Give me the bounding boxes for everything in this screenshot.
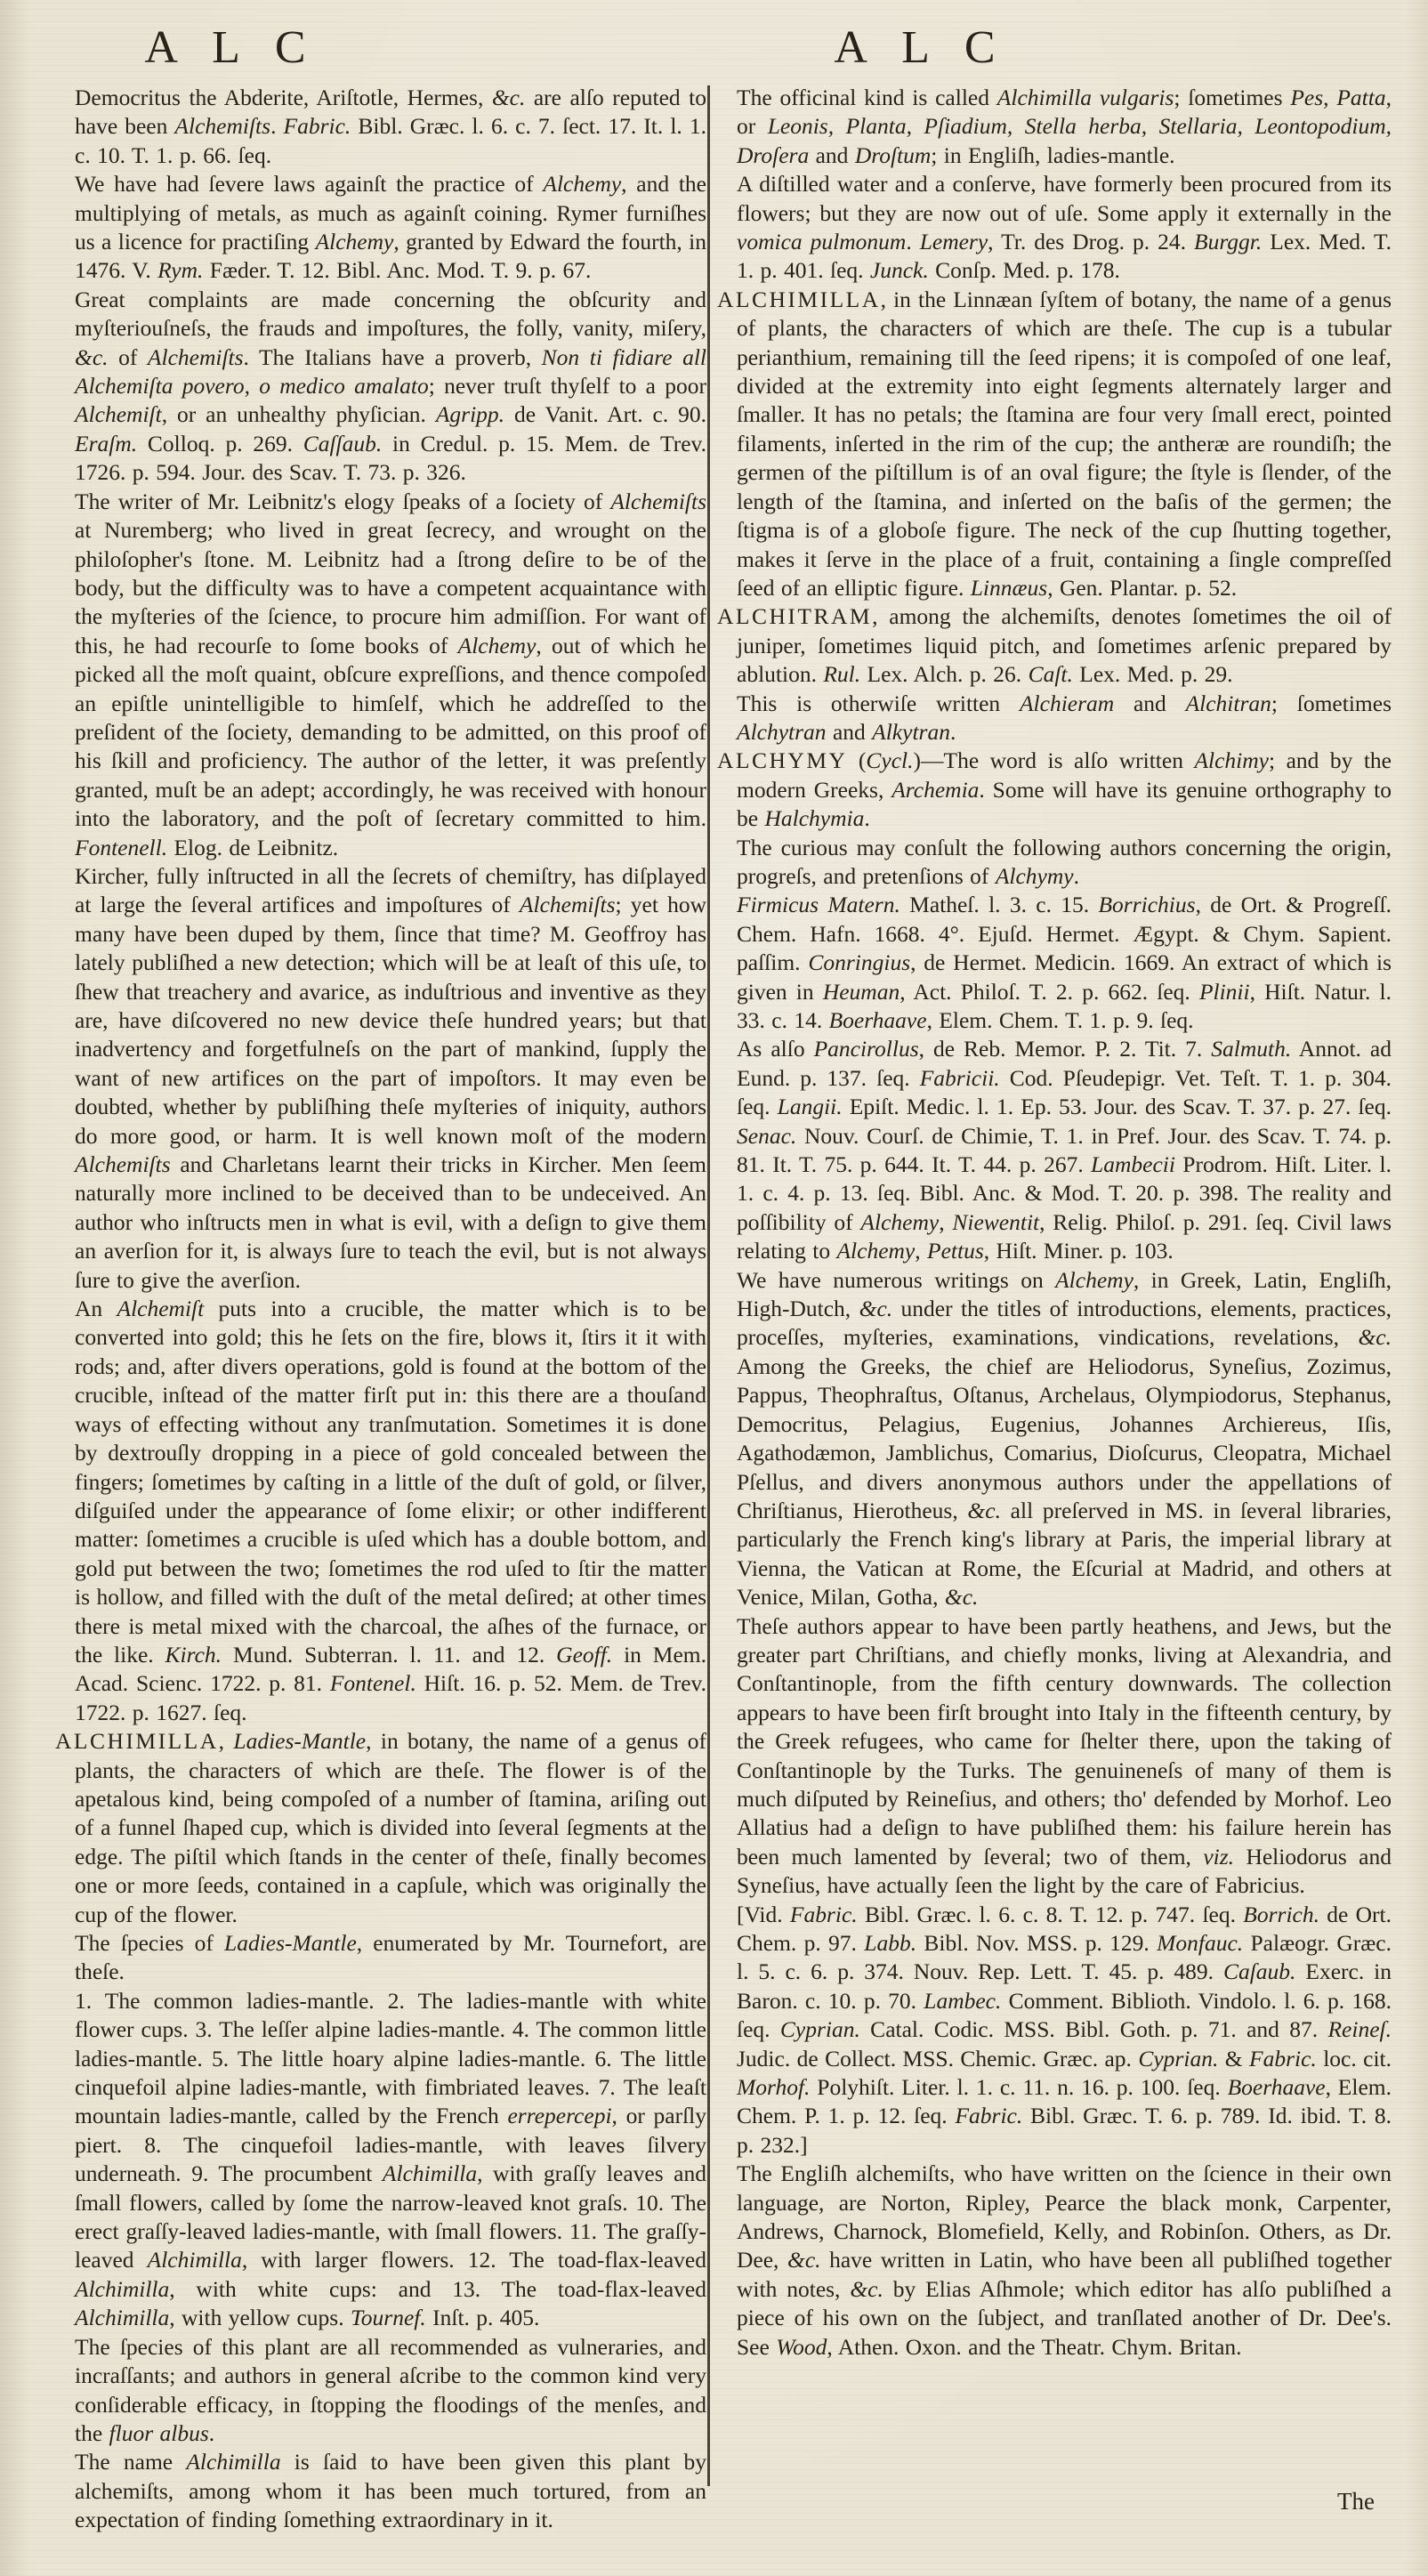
para-democritus: Democritus the Abderite, Ariſtotle, Herm…	[75, 84, 706, 170]
right-column: The officinal kind is called Alchimilla …	[717, 84, 1392, 2362]
para-great-complaints: Great complaints are made concerning the…	[75, 286, 706, 488]
para-kircher: Kircher, fully inſtructed in all the ſec…	[75, 862, 706, 1295]
left-column: Democritus the Abderite, Ariſtotle, Herm…	[55, 84, 706, 2535]
entry-alchimilla-botany: ALCHIMILLA, Ladies-Mantle, in botany, th…	[75, 1727, 706, 1929]
para-these-authors: Theſe authors appear to have been partly…	[737, 1612, 1392, 1901]
para-english-alchemists: The Engliſh alchemiſts, who have written…	[737, 2160, 1392, 2362]
para-crucible: An Alchemiſt puts into a crucible, the m…	[75, 1295, 706, 1727]
para-vid-references: [Vid. Fabric. Bibl. Græc. l. 6. c. 8. T.…	[737, 1901, 1392, 2160]
column-divider-rule	[707, 85, 710, 2486]
para-leibnitz: The writer of Mr. Leibnitz's elogy ſpeak…	[75, 488, 706, 862]
entry-alchimilla-linnaean: ALCHIMILLA, in the Linnæan ſyſtem of bot…	[737, 286, 1392, 602]
para-pancirollus: As alſo Pancirollus, de Reb. Memor. P. 2…	[737, 1035, 1392, 1265]
para-otherwise-written: This is otherwiſe written Alchieram and …	[737, 690, 1392, 747]
catchword: The	[1295, 2488, 1375, 2515]
para-species-intro: The ſpecies of Ladies-Mantle, enumerated…	[75, 1929, 706, 1987]
para-distilled-water: A diſtilled water and a conſerve, have f…	[737, 170, 1392, 286]
para-species-list: 1. The common ladies-mantle. 2. The ladi…	[75, 1987, 706, 2333]
para-name-origin: The name Alchimilla is ſaid to have been…	[75, 2448, 706, 2534]
para-curious-consult: The curious may conſult the following au…	[737, 834, 1392, 892]
para-numerous-writings: We have numerous writings on Alchemy, in…	[737, 1266, 1392, 1612]
running-head-right: A L C	[823, 21, 1019, 74]
entry-alchitram: ALCHITRAM, among the alchemiſts, denotes…	[737, 602, 1392, 689]
running-head-left: A L C	[133, 21, 329, 74]
para-officinal: The officinal kind is called Alchimilla …	[737, 84, 1392, 170]
para-severe-laws: We have had ſevere laws againſt the prac…	[75, 170, 706, 286]
para-firmicus: Firmicus Matern. Matheſ. l. 3. c. 15. Bo…	[737, 891, 1392, 1035]
entry-alchymy: ALCHYMY (Cycl.)—The word is alſo written…	[737, 747, 1392, 833]
para-vulneraries: The ſpecies of this plant are all recomm…	[75, 2333, 706, 2449]
